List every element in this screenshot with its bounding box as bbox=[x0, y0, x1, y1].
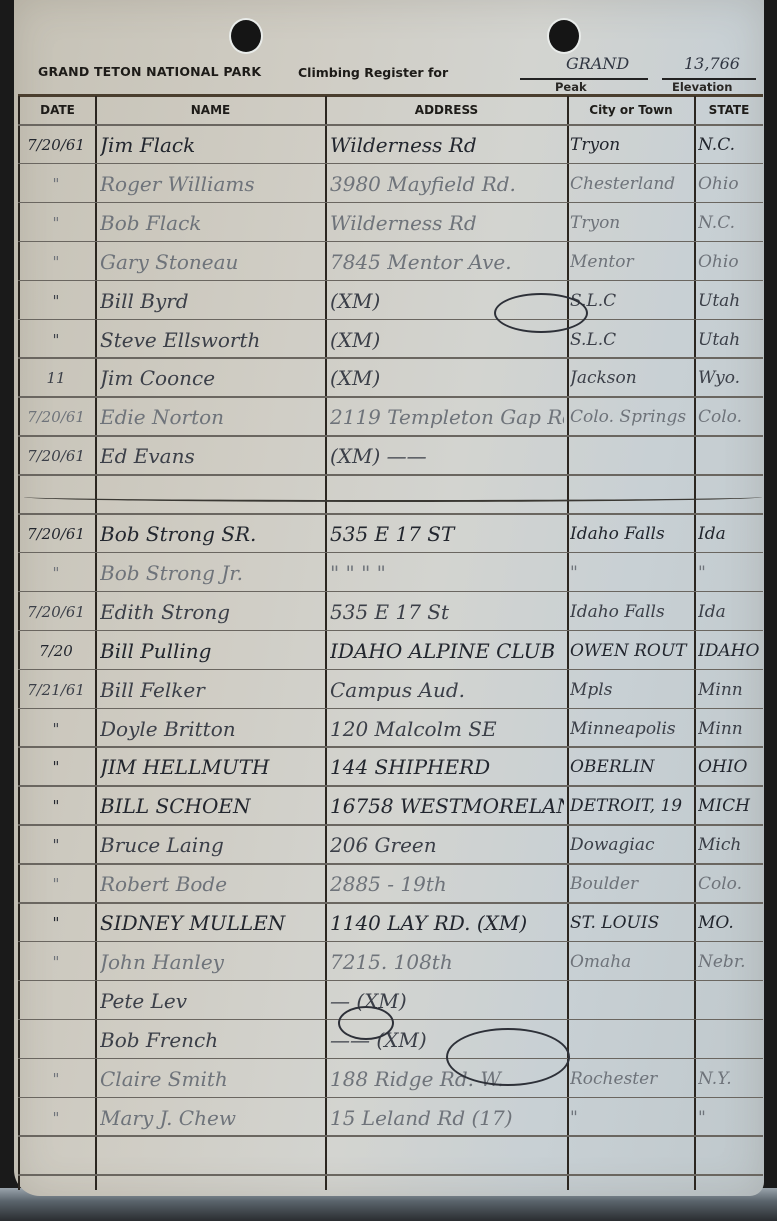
entry-state bbox=[698, 1020, 762, 1060]
entry-name: Bob Flack bbox=[100, 203, 322, 243]
register-entry-row: "Robert Bode2885 - 19thBoulderColo. bbox=[0, 864, 777, 904]
entry-state: Minn bbox=[698, 670, 762, 710]
entry-name: Bob Strong Jr. bbox=[100, 553, 322, 593]
entry-date: " bbox=[20, 786, 92, 826]
entry-name: JIM HELLMUTH bbox=[100, 747, 322, 787]
entry-address: 16758 WESTMORELAND bbox=[330, 786, 564, 826]
entry-name: Edith Strong bbox=[100, 592, 322, 632]
entry-address: (XM) —— bbox=[330, 436, 564, 476]
entry-name: Doyle Britton bbox=[100, 709, 322, 749]
entry-city bbox=[570, 436, 692, 476]
entry-date: 7/20/61 bbox=[20, 592, 92, 632]
entry-date: 7/20/61 bbox=[20, 436, 92, 476]
entry-address: Wilderness Rd bbox=[330, 125, 564, 165]
register-entry-row: "Claire Smith188 Ridge Rd. W.RochesterN.… bbox=[0, 1059, 777, 1099]
elevation-value: 13,766 bbox=[684, 54, 740, 73]
entry-address: IDAHO ALPINE CLUB bbox=[330, 631, 564, 671]
entry-state: Utah bbox=[698, 281, 762, 321]
entry-date: 11 bbox=[20, 358, 92, 398]
entry-date: " bbox=[20, 709, 92, 749]
register-entry-row: 7/20/61Edith Strong535 E 17 StIdaho Fall… bbox=[0, 592, 777, 632]
entry-date: " bbox=[20, 553, 92, 593]
entry-name: BILL SCHOEN bbox=[100, 786, 322, 826]
entry-date bbox=[20, 1020, 92, 1060]
peak-caption: Peak bbox=[555, 80, 587, 94]
register-entry-row: "Bill Byrd(XM)S.L.CUtah bbox=[0, 281, 777, 321]
elevation-field: 13,766 Elevation bbox=[662, 60, 756, 80]
entry-name: Pete Lev bbox=[100, 981, 322, 1021]
entry-city: Tryon bbox=[570, 203, 692, 243]
entry-city bbox=[570, 981, 692, 1021]
entry-city: Jackson bbox=[570, 358, 692, 398]
entry-state: " bbox=[698, 1098, 762, 1138]
entry-name: SIDNEY MULLEN bbox=[100, 903, 322, 943]
entry-date: 7/20/61 bbox=[20, 125, 92, 165]
entry-name: Bill Felker bbox=[100, 670, 322, 710]
entry-address: 2119 Templeton Gap Rd. bbox=[330, 397, 564, 437]
entry-city: Minneapolis bbox=[570, 709, 692, 749]
entry-address: 120 Malcolm SE bbox=[330, 709, 564, 749]
entry-city: S.L.C bbox=[570, 320, 692, 360]
column-header-address: ADDRESS bbox=[326, 103, 567, 117]
entry-date: " bbox=[20, 825, 92, 865]
entry-city: Tryon bbox=[570, 125, 692, 165]
header-rule bbox=[18, 94, 763, 97]
register-entry-row: "Bob Strong Jr." " " """ bbox=[0, 553, 777, 593]
entry-state: Mich bbox=[698, 825, 762, 865]
entry-date: " bbox=[20, 942, 92, 982]
peak-value: GRAND bbox=[566, 54, 629, 73]
entry-address: 535 E 17 ST bbox=[330, 514, 564, 554]
entry-name: John Hanley bbox=[100, 942, 322, 982]
entry-name: Robert Bode bbox=[100, 864, 322, 904]
xm-circle bbox=[338, 1006, 394, 1040]
entry-state: N.C. bbox=[698, 203, 762, 243]
punch-hole-right bbox=[549, 20, 579, 52]
entry-city: Chesterland bbox=[570, 164, 692, 204]
register-entry-row: 7/20/61Bob Strong SR.535 E 17 STIdaho Fa… bbox=[0, 514, 777, 554]
register-entry-row: 7/20/61Ed Evans(XM) —— bbox=[0, 436, 777, 476]
entry-city: Boulder bbox=[570, 864, 692, 904]
park-name: GRAND TETON NATIONAL PARK bbox=[38, 64, 261, 79]
entry-name: Mary J. Chew bbox=[100, 1098, 322, 1138]
entry-date bbox=[20, 981, 92, 1021]
entry-date: " bbox=[20, 903, 92, 943]
entry-state: N.C. bbox=[698, 125, 762, 165]
entry-city: Omaha bbox=[570, 942, 692, 982]
entry-date: " bbox=[20, 320, 92, 360]
entry-city: " bbox=[570, 553, 692, 593]
register-entry-row: "Bruce Laing206 GreenDowagiacMich bbox=[0, 825, 777, 865]
entry-name: Roger Williams bbox=[100, 164, 322, 204]
entry-state: Nebr. bbox=[698, 942, 762, 982]
entry-state: OHIO bbox=[698, 747, 762, 787]
column-header-name: NAME bbox=[96, 103, 325, 117]
entry-date: " bbox=[20, 242, 92, 282]
entry-date: 7/20 bbox=[20, 631, 92, 671]
column-header-date: DATE bbox=[20, 103, 95, 117]
punch-hole-left bbox=[231, 20, 261, 52]
entry-city: Idaho Falls bbox=[570, 592, 692, 632]
entry-date: 7/20/61 bbox=[20, 397, 92, 437]
elevation-caption: Elevation bbox=[672, 80, 732, 94]
entry-state: Colo. bbox=[698, 397, 762, 437]
entry-city: DETROIT, 19 bbox=[570, 786, 692, 826]
entry-date: " bbox=[20, 1059, 92, 1099]
column-header-state: STATE bbox=[695, 103, 763, 117]
register-entry-row: "Doyle Britton120 Malcolm SEMinneapolisM… bbox=[0, 709, 777, 749]
entry-address: 144 SHIPHERD bbox=[330, 747, 564, 787]
register-entry-row: "John Hanley7215. 108thOmahaNebr. bbox=[0, 942, 777, 982]
entry-address: 3980 Mayfield Rd. bbox=[330, 164, 564, 204]
entry-state: Utah bbox=[698, 320, 762, 360]
entry-address: " " " " bbox=[330, 553, 564, 593]
entry-name: Jim Flack bbox=[100, 125, 322, 165]
register-entry-row: "Roger Williams3980 Mayfield Rd.Chesterl… bbox=[0, 164, 777, 204]
entry-address: 7215. 108th bbox=[330, 942, 564, 982]
entry-state: Ida bbox=[698, 592, 762, 632]
entry-name: Edie Norton bbox=[100, 397, 322, 437]
entry-address: 206 Green bbox=[330, 825, 564, 865]
register-entry-row: 7/20/61Edie Norton2119 Templeton Gap Rd.… bbox=[0, 397, 777, 437]
xm-circle bbox=[494, 293, 588, 333]
entry-date: " bbox=[20, 281, 92, 321]
entry-city: OBERLIN bbox=[570, 747, 692, 787]
entry-city: S.L.C bbox=[570, 281, 692, 321]
register-entry-row: "Steve Ellsworth(XM)S.L.CUtah bbox=[0, 320, 777, 360]
entry-address: (XM) bbox=[330, 358, 564, 398]
entry-state: Minn bbox=[698, 709, 762, 749]
entry-state: MO. bbox=[698, 903, 762, 943]
entry-city: ST. LOUIS bbox=[570, 903, 692, 943]
register-entry-row: "JIM HELLMUTH144 SHIPHERDOBERLINOHIO bbox=[0, 747, 777, 787]
entry-state: Wyo. bbox=[698, 358, 762, 398]
register-entry-row: 11Jim Coonce(XM)JacksonWyo. bbox=[0, 358, 777, 398]
xm-circle bbox=[446, 1028, 570, 1086]
entry-date: " bbox=[20, 1098, 92, 1138]
entry-state: Colo. bbox=[698, 864, 762, 904]
entry-state: MICH bbox=[698, 786, 762, 826]
entry-state: IDAHO bbox=[698, 631, 762, 671]
entry-address: Wilderness Rd bbox=[330, 203, 564, 243]
register-entry-row: "BILL SCHOEN16758 WESTMORELANDDETROIT, 1… bbox=[0, 786, 777, 826]
entry-name: Bob Strong SR. bbox=[100, 514, 322, 554]
entry-state: " bbox=[698, 553, 762, 593]
register-entry-row: 7/21/61Bill FelkerCampus Aud.MplsMinn bbox=[0, 670, 777, 710]
entry-city: OWEN ROUT bbox=[570, 631, 692, 671]
entry-state bbox=[698, 436, 762, 476]
entry-date: " bbox=[20, 864, 92, 904]
entry-state: N.Y. bbox=[698, 1059, 762, 1099]
entry-name: Bruce Laing bbox=[100, 825, 322, 865]
entry-city: " bbox=[570, 1098, 692, 1138]
entry-name: Bob French bbox=[100, 1020, 322, 1060]
entry-date: " bbox=[20, 164, 92, 204]
entry-city: Mpls bbox=[570, 670, 692, 710]
register-entry-row: "Bob FlackWilderness RdTryonN.C. bbox=[0, 203, 777, 243]
entry-name: Jim Coonce bbox=[100, 358, 322, 398]
entry-city bbox=[570, 1020, 692, 1060]
register-entry-row: "SIDNEY MULLEN1140 LAY RD. (XM)ST. LOUIS… bbox=[0, 903, 777, 943]
entry-date: 7/20/61 bbox=[20, 514, 92, 554]
entry-address: 7845 Mentor Ave. bbox=[330, 242, 564, 282]
entry-city: Idaho Falls bbox=[570, 514, 692, 554]
entry-city: Rochester bbox=[570, 1059, 692, 1099]
entry-address: 535 E 17 St bbox=[330, 592, 564, 632]
form-header: GRAND TETON NATIONAL PARK Climbing Regis… bbox=[38, 60, 748, 86]
entry-name: Bill Byrd bbox=[100, 281, 322, 321]
entry-state bbox=[698, 981, 762, 1021]
register-entry-row: 7/20Bill PullingIDAHO ALPINE CLUBOWEN RO… bbox=[0, 631, 777, 671]
entry-address: Campus Aud. bbox=[330, 670, 564, 710]
entry-name: Ed Evans bbox=[100, 436, 322, 476]
entry-name: Claire Smith bbox=[100, 1059, 322, 1099]
entry-address: 1140 LAY RD. (XM) bbox=[330, 903, 564, 943]
strike-line bbox=[24, 492, 762, 502]
register-entry-row: 7/20/61Jim FlackWilderness RdTryonN.C. bbox=[0, 125, 777, 165]
entry-city: Colo. Springs bbox=[570, 397, 692, 437]
column-header-city: City or Town bbox=[568, 103, 694, 117]
entry-name: Steve Ellsworth bbox=[100, 320, 322, 360]
entry-state: Ohio bbox=[698, 164, 762, 204]
register-entry-row: "Mary J. Chew15 Leland Rd (17)"" bbox=[0, 1098, 777, 1138]
entry-state: Ohio bbox=[698, 242, 762, 282]
entry-city: Mentor bbox=[570, 242, 692, 282]
entry-city: Dowagiac bbox=[570, 825, 692, 865]
entry-state: Ida bbox=[698, 514, 762, 554]
entry-date: 7/21/61 bbox=[20, 670, 92, 710]
register-entry-row: "Gary Stoneau7845 Mentor Ave.MentorOhio bbox=[0, 242, 777, 282]
entry-name: Bill Pulling bbox=[100, 631, 322, 671]
peak-field: GRAND Peak bbox=[520, 60, 648, 80]
entry-name: Gary Stoneau bbox=[100, 242, 322, 282]
entry-address: 15 Leland Rd (17) bbox=[330, 1098, 564, 1138]
entry-date: " bbox=[20, 747, 92, 787]
entry-address: 2885 - 19th bbox=[330, 864, 564, 904]
register-label: Climbing Register for bbox=[298, 65, 448, 80]
entry-date: " bbox=[20, 203, 92, 243]
